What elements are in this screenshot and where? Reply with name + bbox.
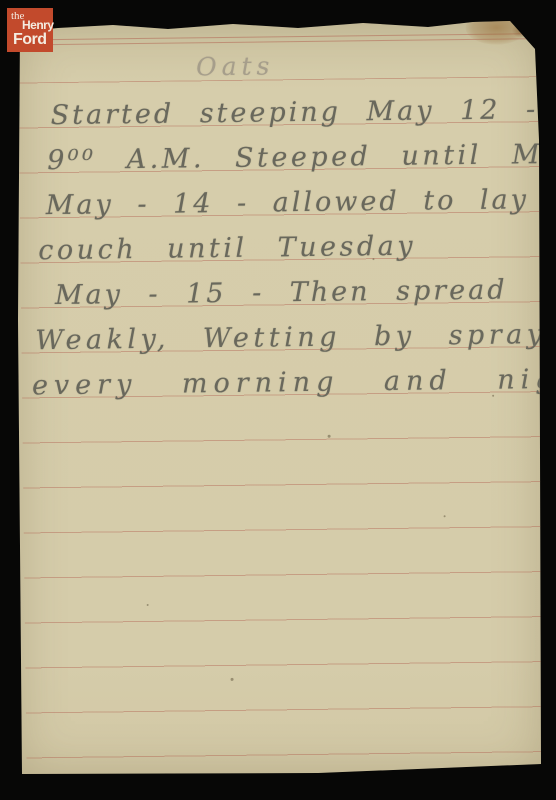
handwritten-line-7: every morning and night [32, 362, 556, 403]
paper-speck [328, 435, 331, 438]
paper-speck [444, 515, 446, 517]
ruled-lines [18, 76, 555, 762]
handwritten-line-5: May - 15 - Then spread [55, 274, 508, 314]
paper-speck [147, 604, 149, 606]
logo-text-ford: Ford [13, 31, 47, 48]
page-title: Oats [196, 51, 275, 82]
handwritten-line-4: couch until Tuesday [38, 230, 416, 269]
corner-stain-dark [512, 22, 534, 38]
handwritten-line-3: May - 14 - allowed to lay in [46, 183, 556, 224]
photo-background: Oats Started steeping May 12 - 9⁰⁰ A.M. … [0, 0, 556, 800]
handwritten-line-6: Weakly, Wetting by spraying [35, 317, 556, 358]
paper-speck [231, 678, 234, 681]
page-content: Oats Started steeping May 12 - 9⁰⁰ A.M. … [18, 14, 550, 774]
handwritten-line-1: Started steeping May 12 - [50, 93, 538, 133]
handwritten-line-2: 9⁰⁰ A.M. Steeped until Monday [47, 137, 556, 178]
notebook-page: Oats Started steeping May 12 - 9⁰⁰ A.M. … [18, 20, 541, 774]
henry-ford-logo: the Henry Ford [7, 8, 53, 52]
